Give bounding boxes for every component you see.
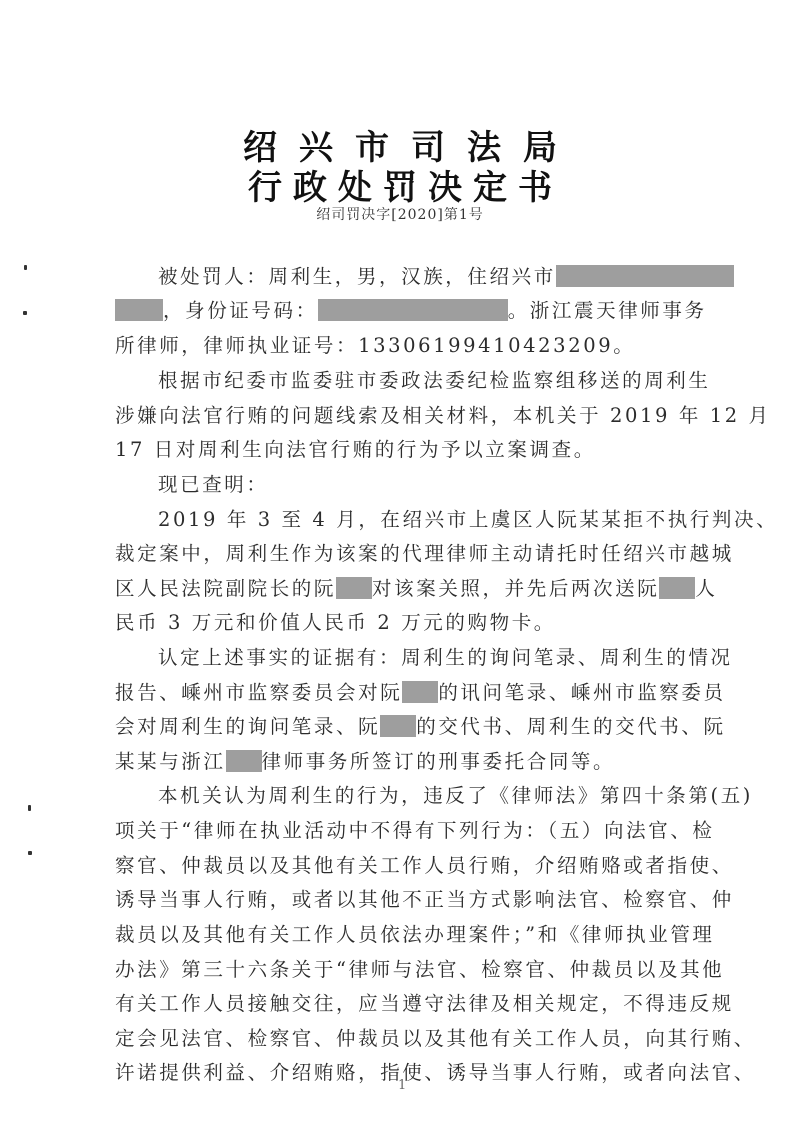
text-segment: 的讯问笔录、嵊州市监察委员 bbox=[438, 681, 725, 704]
text-segment: 被处罚人：周利生，男，汉族，住绍兴市 bbox=[158, 265, 556, 288]
text-segment: 的交代书、周利生的交代书、阮 bbox=[416, 715, 725, 738]
text-segment: 诱导当事人行贿，或者以其他不正当方式影响法官、检察官、仲 bbox=[115, 888, 734, 911]
text-line: 项关于“律师在执业活动中不得有下列行为：（五）向法官、检 bbox=[115, 818, 690, 843]
text-segment: 报告、嵊州市监察委员会对阮 bbox=[115, 681, 402, 704]
scan-mark bbox=[24, 265, 27, 270]
text-segment: 民币 3 万元和价值人民币 2 万元的购物卡。 bbox=[115, 611, 556, 634]
text-line: 2019 年 3 至 4 月，在绍兴市上虞区人阮某某拒不执行判决、 bbox=[158, 507, 690, 532]
text-segment: 对该案关照，并先后两次送阮 bbox=[372, 577, 659, 600]
page-number: 1 bbox=[398, 1078, 406, 1093]
scan-mark bbox=[28, 805, 31, 811]
text-line: 办法》第三十六条关于“律师与法官、检察官、仲裁员以及其他 bbox=[115, 957, 690, 982]
text-segment: 裁定案中，周利生作为该案的代理律师主动请托时任绍兴市越城 bbox=[115, 542, 734, 565]
text-line: 定会见法官、检察官、仲裁员以及其他有关工作人员，向其行贿、 bbox=[115, 1026, 690, 1051]
text-segment: 办法》第三十六条关于“律师与法官、检察官、仲裁员以及其他 bbox=[115, 958, 724, 981]
text-segment: 2019 年 3 至 4 月，在绍兴市上虞区人阮某某拒不执行判决、 bbox=[158, 508, 778, 531]
redaction-block bbox=[380, 715, 416, 737]
text-line: 本机关认为周利生的行为，违反了《律师法》第四十条第(五) bbox=[158, 783, 690, 808]
text-segment: 现已查明： bbox=[158, 473, 269, 496]
text-line: 民币 3 万元和价值人民币 2 万元的购物卡。 bbox=[115, 610, 690, 635]
text-segment: 人 bbox=[695, 577, 717, 600]
text-segment: 。浙江震天律师事务 bbox=[508, 299, 707, 322]
text-segment: 定会见法官、检察官、仲裁员以及其他有关工作人员，向其行贿、 bbox=[115, 1027, 756, 1050]
text-line: 认定上述事实的证据有：周利生的询问笔录、周利生的情况 bbox=[158, 645, 690, 670]
text-segment: 17 日对周利生向法官行贿的行为予以立案调查。 bbox=[115, 438, 596, 461]
text-segment: 会对周利生的询问笔录、阮 bbox=[115, 715, 380, 738]
text-line: 根据市纪委市监委驻市委政法委纪检监察组移送的周利生 bbox=[158, 368, 690, 393]
text-segment: 律师事务所签订的刑事委托合同等。 bbox=[262, 750, 616, 773]
text-segment: 有关工作人员接触交往，应当遵守法律及相关规定，不得违反规 bbox=[115, 992, 734, 1015]
text-line: 察官、仲裁员以及其他有关工作人员行贿，介绍贿赂或者指使、 bbox=[115, 853, 690, 878]
text-line: 报告、嵊州市监察委员会对阮的讯问笔录、嵊州市监察委员 bbox=[115, 680, 690, 705]
text-line: ，身份证号码：。浙江震天律师事务 bbox=[115, 298, 690, 323]
redaction-block bbox=[659, 577, 695, 599]
text-line: 涉嫌向法官行贿的问题线索及相关材料，本机关于 2019 年 12 月 bbox=[115, 403, 690, 428]
text-line: 裁定案中，周利生作为该案的代理律师主动请托时任绍兴市越城 bbox=[115, 541, 690, 566]
text-segment: 许诺提供利益、介绍贿赂，指使、诱导当事人行贿，或者向法官、 bbox=[115, 1061, 756, 1084]
document-title-type: 行政处罚决定书 bbox=[0, 160, 800, 209]
text-segment: 察官、仲裁员以及其他有关工作人员行贿，介绍贿赂或者指使、 bbox=[115, 854, 734, 877]
text-segment: 项关于“律师在执业活动中不得有下列行为：（五）向法官、检 bbox=[115, 819, 715, 842]
redaction-block bbox=[115, 299, 163, 321]
text-line: 会对周利生的询问笔录、阮的交代书、周利生的交代书、阮 bbox=[115, 714, 690, 739]
text-segment: 本机关认为周利生的行为，违反了《律师法》第四十条第(五) bbox=[158, 784, 753, 807]
scan-mark bbox=[28, 851, 32, 855]
document-number: 绍司罚决字[2020]第1号 bbox=[0, 204, 800, 224]
redaction-block bbox=[318, 299, 508, 321]
redaction-block bbox=[556, 265, 734, 287]
text-line: 17 日对周利生向法官行贿的行为予以立案调查。 bbox=[115, 437, 690, 462]
text-segment: 某某与浙江 bbox=[115, 750, 226, 773]
text-line: 诱导当事人行贿，或者以其他不正当方式影响法官、检察官、仲 bbox=[115, 887, 690, 912]
text-segment: 区人民法院副院长的阮 bbox=[115, 577, 336, 600]
redaction-block bbox=[402, 681, 438, 703]
redaction-block bbox=[226, 750, 262, 772]
text-line: 现已查明： bbox=[158, 472, 690, 497]
text-segment: 认定上述事实的证据有：周利生的询问笔录、周利生的情况 bbox=[158, 646, 733, 669]
text-segment: ，身份证号码： bbox=[163, 299, 318, 322]
text-segment: 涉嫌向法官行贿的问题线索及相关材料，本机关于 2019 年 12 月 bbox=[115, 404, 771, 427]
redaction-block bbox=[336, 577, 372, 599]
text-line: 某某与浙江律师事务所签订的刑事委托合同等。 bbox=[115, 749, 690, 774]
text-segment: 根据市纪委市监委驻市委政法委纪检监察组移送的周利生 bbox=[158, 369, 711, 392]
text-line: 裁员以及其他有关工作人员依法办理案件；”和《律师执业管理 bbox=[115, 922, 690, 947]
scan-mark bbox=[23, 311, 27, 315]
text-line: 被处罚人：周利生，男，汉族，住绍兴市 bbox=[158, 264, 690, 289]
text-line: 有关工作人员接触交往，应当遵守法律及相关规定，不得违反规 bbox=[115, 991, 690, 1016]
text-segment: 所律师，律师执业证号：13306199410423209。 bbox=[115, 334, 635, 357]
text-line: 所律师，律师执业证号：13306199410423209。 bbox=[115, 333, 690, 358]
text-line: 区人民法院副院长的阮对该案关照，并先后两次送阮人 bbox=[115, 576, 690, 601]
text-segment: 裁员以及其他有关工作人员依法办理案件；”和《律师执业管理 bbox=[115, 923, 715, 946]
